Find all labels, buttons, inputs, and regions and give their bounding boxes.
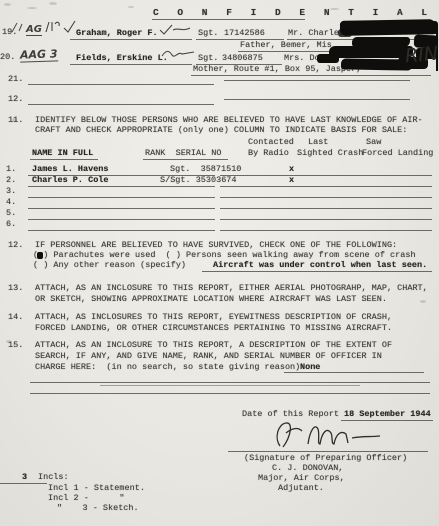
row-underline (220, 174, 432, 176)
inclosure-count: 3 (22, 473, 27, 482)
field-underline (238, 50, 342, 52)
pencil-mark (44, 20, 76, 34)
item-number: 12. (8, 241, 23, 250)
row-underline (220, 229, 432, 231)
blank-line (28, 83, 214, 85)
row-check-mark: x (289, 176, 294, 185)
classification-underline (152, 18, 305, 20)
row-underline (28, 207, 215, 209)
crew-name: Graham, Roger F. (76, 29, 158, 38)
row-number: 4. (6, 198, 16, 207)
row-number: 6. (6, 220, 16, 229)
row-underline (220, 185, 432, 187)
item12-answer: Aircraft was under control when last see… (213, 261, 427, 270)
crew-rank: Sgt. (198, 29, 218, 38)
item14-text-line1: ATTACH, AS INCLOSURES TO THIS REPORT, EY… (35, 313, 392, 322)
row-name: James L. Havens (32, 165, 109, 174)
item12-text-line2: (x) Parachutes were used ( ) Persons see… (33, 251, 416, 260)
row-number: 3. (6, 187, 16, 196)
crew-serial: 17142586 (224, 29, 265, 38)
inclosure-line1: Incl 1 - Statement. (48, 484, 145, 493)
field-underline (70, 38, 192, 40)
blank-item-number: 12. (8, 95, 23, 104)
handwritten-annotation: AAG 3 (20, 47, 58, 62)
item12-text-line3: ( ) Any other reason (specify) (33, 261, 186, 270)
blank-line-echo (100, 384, 360, 386)
item15-text-line1: ATTACH, AS AN INCLOSURE TO THIS REPORT, … (35, 341, 392, 350)
row-underline (28, 196, 215, 198)
item-number: 11. (8, 116, 23, 125)
signature-caption: (Signature of Preparing Officer) (244, 454, 407, 463)
column-header-contacted: Contacted (248, 138, 294, 147)
header-underline (143, 158, 228, 160)
row-rank-serial: Sgt. 35871510 (170, 165, 241, 174)
row-underline (28, 185, 215, 187)
item11-text-line1: IDENTIFY BELOW THOSE PERSONS WHO ARE BEL… (35, 116, 423, 125)
row-name: Charles P. Cole (32, 176, 109, 185)
paper-speck (4, 3, 11, 6)
inclosure-underline (0, 482, 47, 484)
classification-header: C O N F I D E N T I A L (153, 8, 434, 17)
column-header-rank-serial: RANK SERIAL NO (145, 149, 222, 158)
column-header-last: Last (308, 138, 328, 147)
row-underline (28, 229, 215, 231)
blank-line (224, 79, 410, 81)
crew-entry-number: 20. (0, 53, 15, 62)
answer-underline (284, 371, 424, 373)
date-value: 18 September 1944 (344, 410, 431, 419)
answer-underline (202, 270, 432, 272)
paper-speck (49, 2, 57, 5)
redaction-blob (420, 21, 438, 34)
crew-next-of-kin-address: Mother, Route #1, Box 95, Jasper, (193, 65, 361, 74)
row-underline (220, 218, 432, 220)
blank-line (30, 381, 430, 383)
preparing-officer-role: Adjutant. (278, 484, 324, 493)
redaction-blob (338, 29, 352, 37)
crew-next-of-kin-address: Father, Bemer, Mis (240, 41, 332, 50)
checkbox-heavy-mark (37, 252, 43, 259)
crew-serial: 34806875 (222, 54, 263, 63)
inclosure-label: Incls: (38, 473, 69, 482)
crew-rank: Sgt. (198, 54, 218, 63)
item12-text-line1: IF PERSONNEL ARE BELIEVED TO HAVE SURVIV… (35, 241, 397, 250)
preparing-officer-name: C. J. DONOVAN, (272, 464, 343, 473)
row-underline (220, 196, 432, 198)
item-number: 13. (8, 284, 23, 293)
blank-line (224, 98, 410, 100)
inclosure-line3: " 3 - Sketch. (57, 504, 139, 513)
date-label: Date of this Report (242, 410, 339, 419)
field-underline (70, 63, 192, 65)
item15-text-line3: CHARGE HERE: (in no search, so state giv… (35, 363, 300, 372)
handwritten-annotation: AG (26, 24, 42, 36)
checkmark-squiggle (160, 48, 196, 60)
column-header-saw: Saw (366, 138, 381, 147)
paper-speck (27, 7, 37, 9)
handwritten-initials: RIN (404, 43, 439, 68)
column-header-by-radio: By Radio (248, 149, 289, 158)
scanned-report-page: C O N F I D E N T I A L 19. Graham, Roge… (0, 0, 439, 526)
preparing-officer-title: Major, Air Corps, (258, 474, 345, 483)
row-rank-serial: S/Sgt. 35303674 (160, 176, 237, 185)
row-number: 2. (6, 176, 16, 185)
item-number: 15. (8, 341, 23, 350)
header-underline (30, 158, 98, 160)
crew-name: Fields, Erskine L. (76, 54, 168, 63)
signature-scribble (268, 420, 398, 452)
row-check-mark: x (289, 165, 294, 174)
pencil-mark (10, 21, 26, 33)
item14-text-line2: FORCED LANDING, OR OTHER CIRCUMSTANCES P… (35, 324, 392, 333)
checkmark-squiggle (158, 24, 192, 36)
blank-line (30, 392, 430, 394)
item13-text-line2: OR SKETCH, SHOWING APPROXIMATE LOCATION … (35, 295, 387, 304)
field-underline (191, 74, 431, 76)
column-header-forced-landing: Forced Landing (362, 149, 433, 158)
item13-text-line1: ATTACH, AS AN INCLOSURE TO THIS REPORT, … (35, 284, 428, 293)
redaction-blob (317, 54, 339, 63)
row-number: 5. (6, 209, 16, 218)
row-underline (28, 218, 215, 220)
item11-text-line2: CRAFT AND CHECK APPROPRIATE (only one) C… (35, 126, 407, 135)
item15-text-line2: SEARCH, IF ANY, AND GIVE NAME, RANK, AND… (35, 352, 382, 361)
column-header-name: NAME IN FULL (32, 149, 93, 158)
column-header-sighted-crash: Sighted Crash (297, 149, 363, 158)
inclosure-line2: Incl 2 - " (48, 494, 125, 503)
blank-line (28, 103, 214, 105)
item-number: 14. (8, 313, 23, 322)
blank-item-number: 21. (8, 75, 23, 84)
row-underline (220, 207, 432, 209)
paper-speck (420, 300, 426, 303)
row-number: 1. (6, 165, 16, 174)
paper-speck (128, 6, 134, 8)
